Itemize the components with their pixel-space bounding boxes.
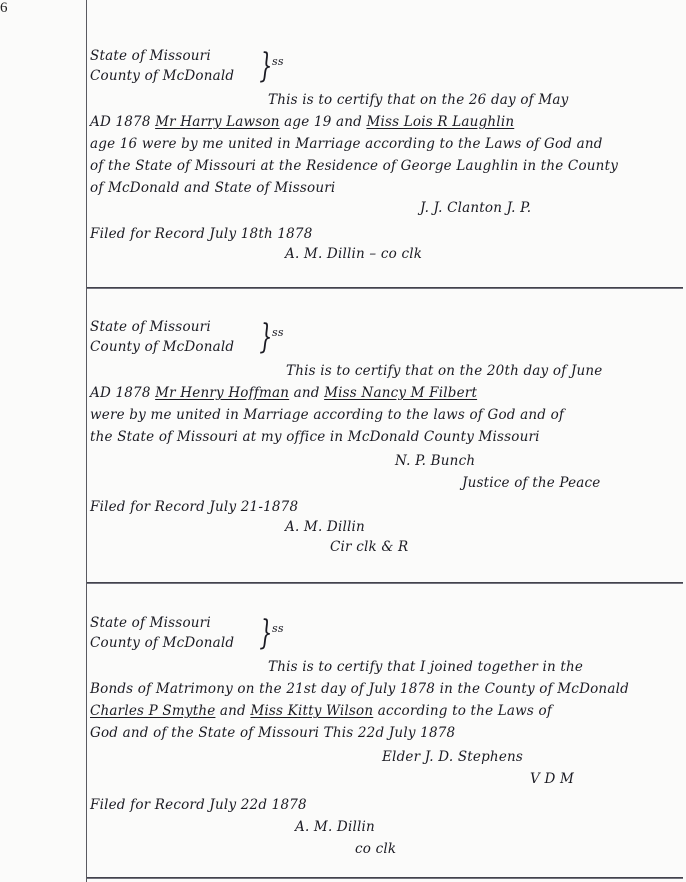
clerk-signature: A. M. Dillin – co clk <box>285 243 422 265</box>
venue-heading: State of Missouri County of McDonald } s… <box>90 612 682 656</box>
margin-rule <box>86 0 87 882</box>
certificate-text-run: Bonds of Matrimony on the 21st day of Ju… <box>90 681 629 697</box>
venue-ss: ss <box>272 51 284 73</box>
brace-glyph: } <box>259 614 272 652</box>
record-divider <box>87 877 683 879</box>
certificate-text-run: and <box>289 385 324 401</box>
officiant-signature: J. J. Clanton J. P. <box>420 197 531 219</box>
certificate-text-run: This is to certify that on the 20th day … <box>286 363 602 379</box>
venue-county: County of McDonald <box>90 336 234 358</box>
venue-heading: State of Missouri County of McDonald } s… <box>90 316 682 360</box>
officiant-title: V D M <box>530 768 574 790</box>
clerk-signature: A. M. Dillin <box>285 516 365 538</box>
certificate-line: Charles P Smythe and Miss Kitty Wilson a… <box>90 700 682 722</box>
certificate-line: AD 1878 Mr Harry Lawson age 19 and Miss … <box>90 111 682 133</box>
certificate-line: God and of the State of Missouri This 22… <box>90 722 682 744</box>
filed-line: Filed for Record July 22d 1878 <box>90 794 307 816</box>
certificate-line: This is to certify that on the 26 day of… <box>90 89 682 111</box>
certificate-text-run: according to the Laws of <box>373 703 552 719</box>
certificate-line: of McDonald and State of Missouri <box>90 177 682 199</box>
party-name: Miss Kitty Wilson <box>250 703 373 719</box>
filed-line: Filed for Record July 21-1878 <box>90 496 298 518</box>
venue-state: State of Missouri <box>90 316 211 338</box>
marriage-record: State of Missouri County of McDonald } s… <box>90 316 682 576</box>
filed-line: Filed for Record July 18th 1878 <box>90 223 313 245</box>
party-name: Mr Henry Hoffman <box>155 385 289 401</box>
certificate-line: Bonds of Matrimony on the 21st day of Ju… <box>90 678 682 700</box>
venue-heading: State of Missouri County of McDonald } s… <box>90 45 682 89</box>
certificate-text: This is to certify that on the 26 day of… <box>90 89 682 199</box>
certificate-text: This is to certify that I joined togethe… <box>90 656 682 744</box>
marriage-record: State of Missouri County of McDonald } s… <box>90 45 682 275</box>
certificate-text-run: age 19 and <box>280 114 367 130</box>
certificate-text-run: of the State of Missouri at the Residenc… <box>90 158 618 174</box>
party-name: Miss Lois R Laughlin <box>366 114 514 130</box>
brace-glyph: } <box>259 47 272 85</box>
venue-ss: ss <box>272 322 284 344</box>
clerk-signature: A. M. Dillin <box>295 816 375 838</box>
certificate-line: the State of Missouri at my office in Mc… <box>90 426 682 448</box>
venue-county: County of McDonald <box>90 632 234 654</box>
venue-state: State of Missouri <box>90 612 211 634</box>
certificate-text-run: and <box>215 703 250 719</box>
certificate-text-run: were by me united in Marriage according … <box>90 407 564 423</box>
party-name: Charles P Smythe <box>90 703 215 719</box>
certificate-text: This is to certify that on the 20th day … <box>90 360 682 448</box>
certificate-text-run: AD 1878 <box>90 114 155 130</box>
certificate-line: This is to certify that I joined togethe… <box>90 656 682 678</box>
clerk-title: co clk <box>355 838 396 860</box>
certificate-line: were by me united in Marriage according … <box>90 404 682 426</box>
venue-county: County of McDonald <box>90 65 234 87</box>
venue-ss: ss <box>272 618 284 640</box>
certificate-text-run: God and of the State of Missouri This 22… <box>90 725 455 741</box>
certificate-line: AD 1878 Mr Henry Hoffman and Miss Nancy … <box>90 382 682 404</box>
party-name: Mr Harry Lawson <box>155 114 280 130</box>
officiant-signature: N. P. Bunch <box>395 450 475 472</box>
party-name: Miss Nancy M Filbert <box>324 385 477 401</box>
officiant-title: Justice of the Peace <box>462 472 601 494</box>
certificate-text-run: age 16 were by me united in Marriage acc… <box>90 136 603 152</box>
page-number: 6 <box>0 0 8 17</box>
certificate-text-run: the State of Missouri at my office in Mc… <box>90 429 540 445</box>
certificate-line: of the State of Missouri at the Residenc… <box>90 155 682 177</box>
officiant-name: J. J. Clanton J. P. <box>420 200 531 216</box>
certificate-line: age 16 were by me united in Marriage acc… <box>90 133 682 155</box>
marriage-record: State of Missouri County of McDonald } s… <box>90 612 682 872</box>
certificate-line: This is to certify that on the 20th day … <box>90 360 682 382</box>
clerk-title: Cir clk & R <box>330 536 408 558</box>
brace-glyph: } <box>259 318 272 356</box>
certificate-text-run: AD 1878 <box>90 385 155 401</box>
officiant-signature: Elder J. D. Stephens <box>382 746 523 768</box>
certificate-text-run: This is to certify that on the 26 day of… <box>268 92 568 108</box>
venue-state: State of Missouri <box>90 45 211 67</box>
certificate-text-run: of McDonald and State of Missouri <box>90 180 335 196</box>
record-divider <box>87 582 683 584</box>
record-divider <box>87 287 683 289</box>
certificate-text-run: This is to certify that I joined togethe… <box>268 659 583 675</box>
